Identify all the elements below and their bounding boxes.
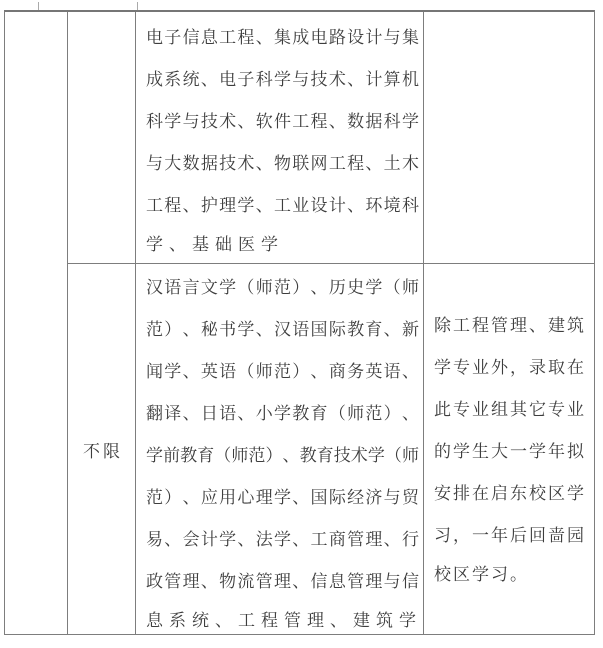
text-line: 除工程管理、建筑 (434, 302, 584, 344)
cell-row1-majors-list: 电子信息工程、集成电路设计与集成系统、电子科学与技术、计算机科学与技术、软件工程… (136, 12, 423, 263)
cell-row1-note-empty (424, 12, 594, 263)
cell-row1-subject-requirement-empty (68, 12, 135, 263)
text-line: 息系统、工程管理、建筑学 (146, 600, 419, 634)
text-line: 电子信息工程、集成电路设计与集 (146, 14, 419, 56)
document-page: 电子信息工程、集成电路设计与集成系统、电子科学与技术、计算机科学与技术、软件工程… (0, 0, 603, 648)
text-line: 的学生大一学年拟 (434, 428, 584, 470)
text-line: 安排在启东校区学 (434, 470, 584, 512)
text-line: 学前教育（师范）、教育技术学（师 (146, 432, 419, 474)
cell-row2-majors-list: 汉语言文学（师范）、历史学（师范）、秘书学、汉语国际教育、新闻学、英语（师范）、… (136, 264, 423, 634)
text-line: 政管理、物流管理、信息管理与信 (146, 558, 419, 600)
text-line: 闻学、英语（师范）、商务英语、 (146, 348, 419, 390)
text-line: 范）、应用心理学、国际经济与贸 (146, 474, 419, 516)
text-line: 易、会计学、法学、工商管理、行 (146, 516, 419, 558)
text-line: 成系统、电子科学与技术、计算机 (146, 56, 419, 98)
majors-table: 电子信息工程、集成电路设计与集成系统、电子科学与技术、计算机科学与技术、软件工程… (4, 10, 595, 635)
text-line: 习，一年后回啬园 (434, 512, 584, 554)
text-line: 翻译、日语、小学教育（师范）、 (146, 390, 419, 432)
cell-row2-subject-requirement: 不限 (68, 264, 135, 634)
cell-group-code-empty (5, 12, 67, 634)
text-line: 校区学习。 (434, 554, 584, 596)
text-line: 范）、秘书学、汉语国际教育、新 (146, 306, 419, 348)
cell-row2-note: 除工程管理、建筑学专业外，录取在此专业组其它专业的学生大一学年拟安排在启东校区学… (424, 264, 594, 634)
text-line: 工程、护理学、工业设计、环境科 (146, 182, 419, 224)
text-line: 科学与技术、软件工程、数据科学 (146, 98, 419, 140)
text-line: 学、基础医学 (146, 224, 419, 263)
text-line: 与大数据技术、物联网工程、土木 (146, 140, 419, 182)
text-line: 此专业组其它专业 (434, 386, 584, 428)
text-line: 学专业外，录取在 (434, 344, 584, 386)
text-line: 汉语言文学（师范）、历史学（师 (146, 264, 419, 306)
